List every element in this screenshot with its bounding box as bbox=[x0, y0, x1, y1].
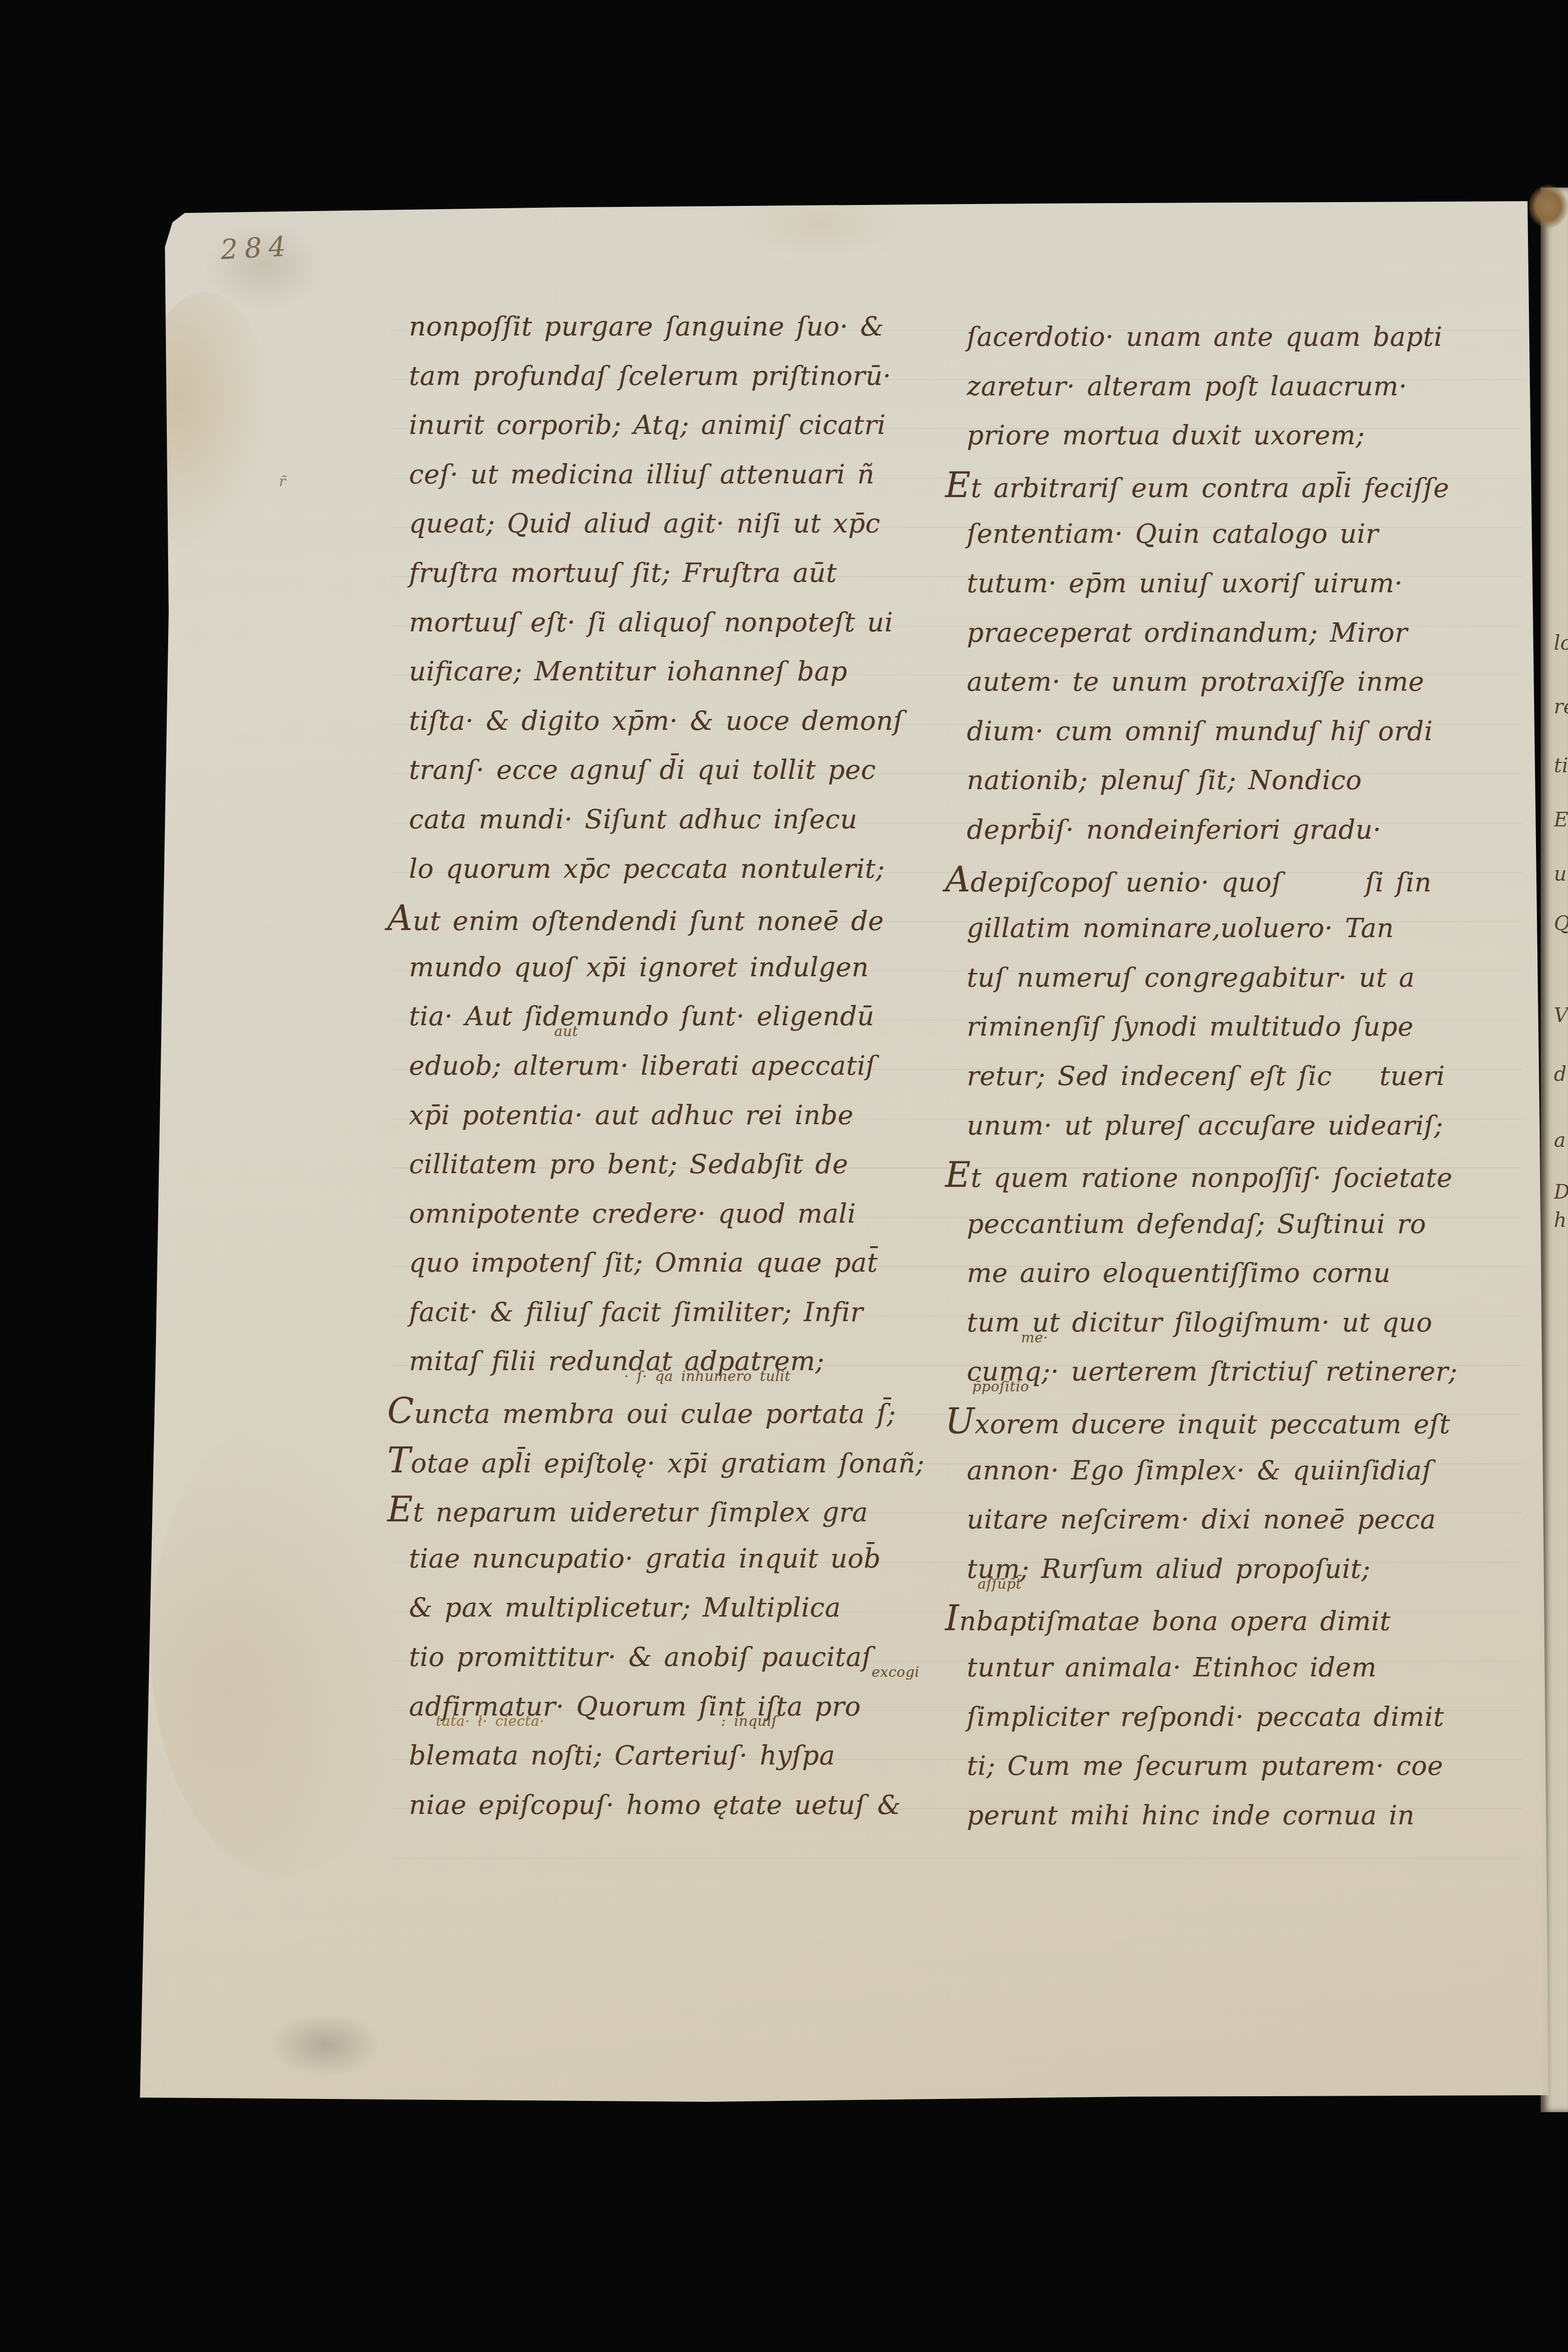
manuscript-line: facit· & filiuſ facit ſimiliter; Infir bbox=[409, 1288, 947, 1338]
manuscript-line: nationib; plenuſ ſit; Nondico bbox=[967, 756, 1509, 806]
manuscript-line: queat; Quid aliud agit· niſi ut xp̄c bbox=[409, 499, 947, 549]
manuscript-line: me auiro eloquentiſſimo cornu bbox=[967, 1249, 1509, 1298]
manuscript-line: autem· te unum protraxiſſe inme bbox=[967, 658, 1509, 707]
manuscript-line: tam profundaſ ſcelerum priſtinorū· bbox=[409, 352, 947, 401]
page-number: 284 bbox=[220, 230, 293, 266]
interlinear-gloss: excogi bbox=[872, 1666, 919, 1680]
manuscript-line: retur; Sed indecenſ eſt ſic tueri bbox=[967, 1052, 1509, 1102]
next-page-text-fragment: ti bbox=[1554, 754, 1568, 777]
manuscript-line: Et neparum uideretur ſimplex gra bbox=[409, 1485, 947, 1535]
manuscript-line: ſacerdotio· unam ante quam bapti bbox=[967, 313, 1509, 362]
manuscript-line: mortuuſ eſt· ſi aliquoſ nonpoteſt ui bbox=[409, 598, 947, 648]
manuscript-line: priore mortua duxit uxorem; bbox=[967, 411, 1509, 461]
next-page-text-fragment: a bbox=[1554, 1128, 1568, 1151]
manuscript-line: uificare; Mentitur iohanneſ bap bbox=[409, 647, 947, 697]
manuscript-line: quo impotenſ ſit; Omnia quae pat̄ bbox=[409, 1239, 947, 1288]
manuscript-line: Et quem ratione nonpoſſiſ· ſocietate bbox=[967, 1151, 1509, 1200]
manuscript-line: tuntur animala· Etinhoc idem bbox=[967, 1643, 1509, 1693]
next-page-text-fragment: Et bbox=[1554, 808, 1568, 831]
manuscript-line: dium· cum omniſ munduſ hiſ ordi bbox=[967, 707, 1509, 757]
next-page-text-fragment: V bbox=[1554, 1004, 1568, 1027]
parchment-stain bbox=[735, 188, 905, 259]
manuscript-line: Uxorem ducere inquit peccatum eſt bbox=[967, 1397, 1509, 1446]
manuscript-line: eduob; alterum· liberati apeccatiſ bbox=[409, 1042, 947, 1091]
manuscript-line: tiſta· & digito xp̄m· & uoce demonſ bbox=[409, 697, 947, 746]
manuscript-line: Totae apl̄i epiſtolę· xp̄i gratiam ſonañ… bbox=[409, 1436, 947, 1486]
manuscript-line: Inbaptiſmatae bona opera dimit bbox=[967, 1594, 1509, 1643]
manuscript-line: Aut enim oſtendendi ſunt noneē de bbox=[409, 894, 947, 943]
manuscript-line: tutum· ep̄m uniuſ uxoriſ uirum· bbox=[967, 559, 1509, 609]
manuscript-line: gillatim nominare‚uoluero· Tan bbox=[967, 904, 1509, 954]
parchment-stain bbox=[151, 1413, 415, 1875]
headband-sewing bbox=[1528, 185, 1568, 228]
manuscript-line: cumq;· uerterem ſtrictiuſ retinerer; bbox=[967, 1347, 1509, 1397]
interlinear-gloss: · ſ· q̄a inhumero tulit bbox=[624, 1370, 791, 1384]
manuscript-line: Cuncta membra oui culae portata ſ̄; bbox=[409, 1387, 947, 1436]
manuscript-line: tio promittitur· & anobiſ paucitaſ bbox=[409, 1633, 947, 1682]
next-page-text-fragment: d bbox=[1554, 1062, 1568, 1086]
margin-note-mark: r̃ bbox=[279, 474, 286, 490]
manuscript-line: xp̄i potentia· aut adhuc rei inbe bbox=[409, 1091, 947, 1141]
manuscript-line: ceſ· ut medicina illiuſ attenuari ñ bbox=[409, 450, 947, 500]
manuscript-line: tum; Rurſum aliud propoſuit; bbox=[967, 1545, 1509, 1594]
manuscript-line: unum· ut plureſ accuſare uideariſ; bbox=[967, 1102, 1509, 1151]
manuscript-line: tiae nuncupatio· gratia inquit uob̄ bbox=[409, 1535, 947, 1584]
manuscript-line: deprb̄iſ· nondeinferiori gradu· bbox=[967, 806, 1509, 855]
manuscript-line: omnipotente credere· quod mali bbox=[409, 1190, 947, 1239]
manuscript-line: praeceperat ordinandum; Miror bbox=[967, 609, 1509, 658]
manuscript-line: fruſtra mortuuſ ſit; Fruſtra aūt bbox=[409, 549, 947, 598]
manuscript-line: cata mundi· Siſunt adhuc inſecu bbox=[409, 795, 947, 845]
manuscript-line: lo quorum xp̄c peccata nontulerit; bbox=[409, 845, 947, 894]
manuscript-line: ſimpliciter reſpondi· peccata dimit bbox=[967, 1693, 1509, 1742]
next-page-text-fragment: re bbox=[1554, 695, 1568, 718]
manuscript-line: Adepiſcopoſ uenio· quoſ ſi ſin bbox=[967, 855, 1509, 905]
manuscript-line: ti; Cum me ſecurum putarem· coe bbox=[967, 1742, 1509, 1791]
manuscript-line: tum ut dicitur ſilogiſmum· ut quo bbox=[967, 1298, 1509, 1348]
next-page-text-fragment: h bbox=[1554, 1209, 1568, 1232]
next-page-text-fragment: u bbox=[1554, 862, 1568, 885]
interlinear-gloss: p̄poſitio bbox=[972, 1380, 1029, 1394]
parchment-stain bbox=[137, 292, 273, 556]
manuscript-line: perunt mihi hinc inde cornua in bbox=[967, 1791, 1509, 1841]
parchment-page: 284 r̃ nonpoſſit purgare ſanguine ſuo· &… bbox=[0, 0, 1568, 2352]
text-column-right: ſacerdotio· unam ante quam baptizaretur·… bbox=[967, 313, 1509, 1840]
manuscript-line: blemata noſti; Carteriuſ· hyſpa bbox=[409, 1731, 947, 1781]
next-page-text-fragment: lo bbox=[1554, 631, 1568, 654]
interlinear-gloss: tata· ł· ciecta· bbox=[436, 1715, 544, 1729]
interlinear-gloss: aut bbox=[554, 1025, 578, 1039]
interlinear-gloss: : inquiſ bbox=[721, 1715, 777, 1729]
next-page-text-fragment: De bbox=[1554, 1180, 1568, 1203]
interlinear-gloss: aſſūp̄t̄ bbox=[978, 1577, 1022, 1592]
manuscript-line: tia· Aut ſidemundo ſunt· eligendū bbox=[409, 992, 947, 1042]
manuscript-line: ſententiam· Quin catalogo uir bbox=[967, 510, 1509, 559]
manuscript-line: riminenſiſ ſynodi multitudo ſupe bbox=[967, 1003, 1509, 1052]
manuscript-line: annon· Ego ſimplex· & quiinſidiaſ bbox=[967, 1446, 1509, 1496]
manuscript-line: & pax multiplicetur; Multiplica bbox=[409, 1584, 947, 1633]
manuscript-line: Et arbitrariſ eum contra apl̄i feciſſe bbox=[967, 461, 1509, 510]
manuscript-line: uitare neſcirem· dixi noneē pecca bbox=[967, 1495, 1509, 1545]
manuscript-line: tuſ numeruſ congregabitur· ut a bbox=[967, 954, 1509, 1003]
manuscript-line: tranſ· ecce agnuſ d̄i qui tollit pec bbox=[409, 746, 947, 795]
next-page-text-fragment: Qu bbox=[1554, 912, 1568, 935]
manuscript-line: nonpoſſit purgare ſanguine ſuo· & bbox=[409, 302, 947, 352]
text-column-left: nonpoſſit purgare ſanguine ſuo· &tam pro… bbox=[409, 302, 947, 1830]
interlinear-gloss: me· bbox=[1021, 1331, 1048, 1345]
manuscript-line: inurit corporib; Atq; animiſ cicatri bbox=[409, 401, 947, 450]
manuscript-line: zaretur· alteram poſt lauacrum· bbox=[967, 362, 1509, 412]
manuscript-line: mundo quoſ xp̄i ignoret indulgen bbox=[409, 943, 947, 993]
parchment-stain bbox=[269, 2012, 382, 2078]
manuscript-line: peccantium defendaſ; Suſtinui ro bbox=[967, 1200, 1509, 1249]
manuscript-line: cillitatem pro bent; Sedabſit de bbox=[409, 1140, 947, 1190]
manuscript-line: niae epiſcopuſ· homo ętate uetuſ & bbox=[409, 1781, 947, 1830]
